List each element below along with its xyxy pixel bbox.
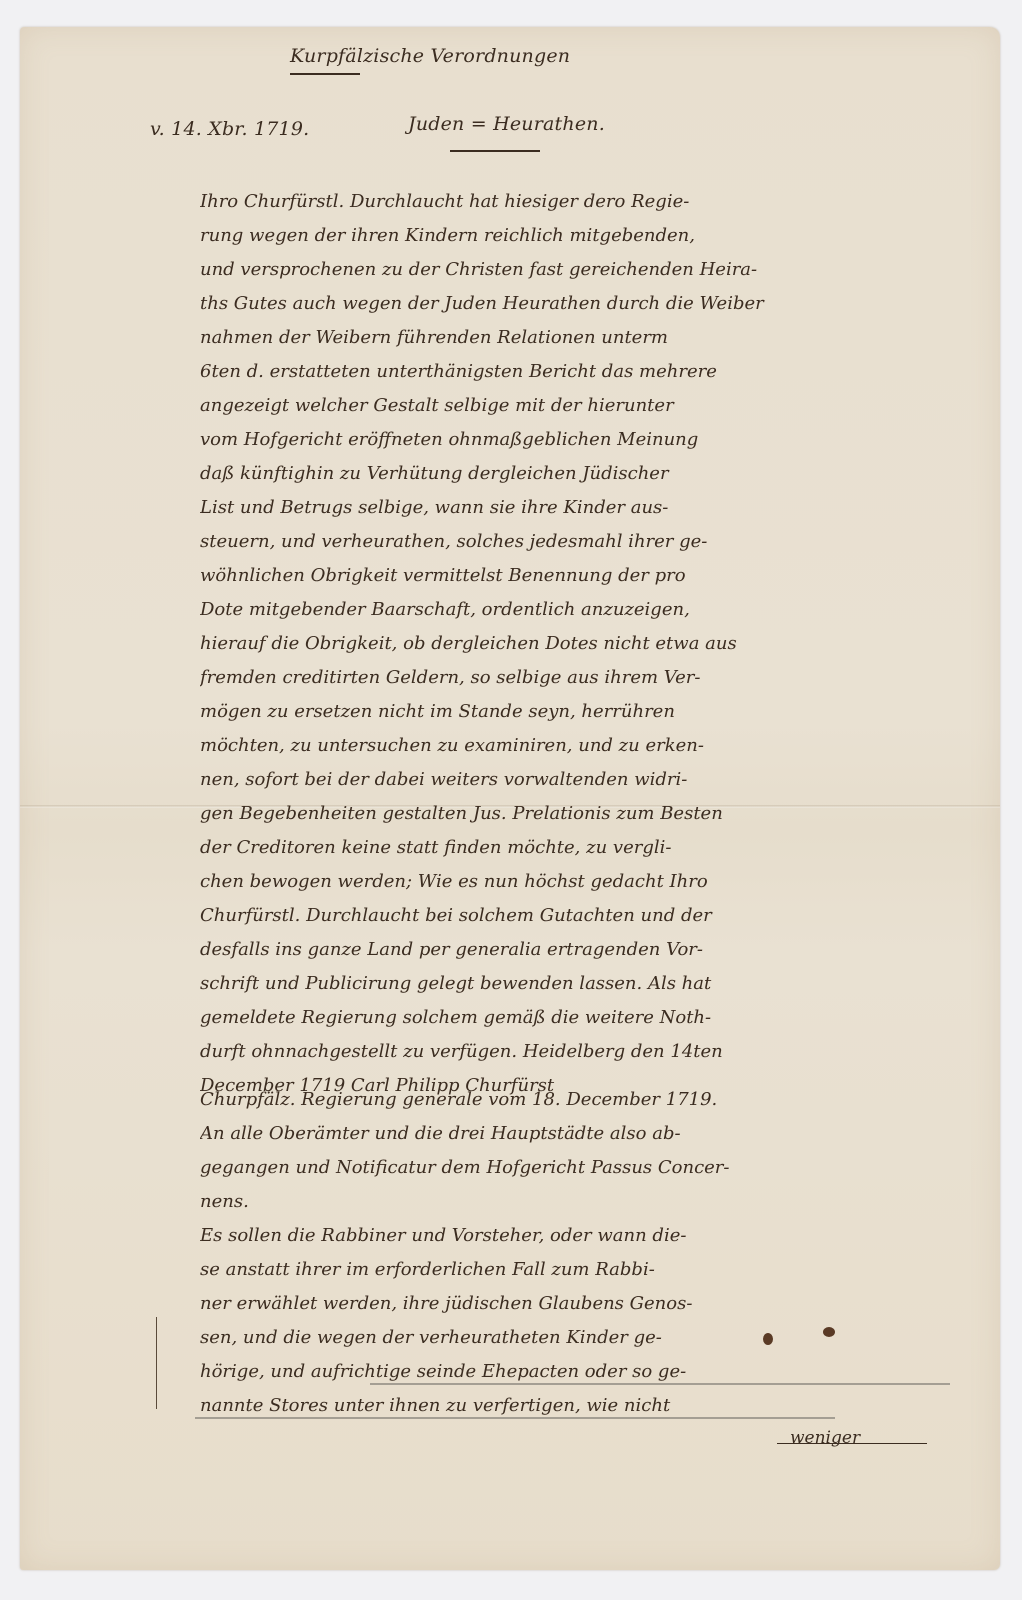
date-line: v. 14. Xbr. 1719. [150, 118, 309, 140]
text-line: se anstatt ihrer im erforderlichen Fall … [200, 1253, 960, 1287]
ink-stain [823, 1327, 835, 1337]
text-line: ner erwählet werden, ihre jüdischen Glau… [200, 1287, 960, 1321]
text-line: schrift und Publicirung gelegt bewenden … [200, 967, 960, 1001]
subject-underline [450, 150, 540, 152]
text-line: vom Hofgericht eröffneten ohnmaßgebliche… [200, 423, 960, 457]
text-line: rung wegen der ihren Kindern reichlich m… [200, 219, 960, 253]
text-line: gen Begebenheiten gestalten Jus. Prelati… [200, 797, 960, 831]
text-line: durft ohnnachgestellt zu verfügen. Heide… [200, 1035, 960, 1069]
text-line: und versprochenen zu der Christen fast g… [200, 253, 960, 287]
text-line: Churfürstl. Durchlaucht bei solchem Guta… [200, 899, 960, 933]
text-line: desfalls ins ganze Land per generalia er… [200, 933, 960, 967]
text-line: hierauf die Obrigkeit, ob dergleichen Do… [200, 627, 960, 661]
text-line: Es sollen die Rabbiner und Vorsteher, od… [200, 1219, 960, 1253]
text-line: mögen zu ersetzen nicht im Stande seyn, … [200, 695, 960, 729]
text-line: An alle Oberämter und die drei Hauptstäd… [200, 1117, 960, 1151]
document-heading: Kurpfälzische Verordnungen [290, 45, 570, 67]
text-line: ths Gutes auch wegen der Juden Heurathen… [200, 287, 960, 321]
text-line: Dote mitgebender Baarschaft, ordentlich … [200, 593, 960, 627]
main-text-block: Ihro Churfürstl. Durchlaucht hat hiesige… [200, 185, 960, 1103]
text-line: List und Betrugs selbige, wann sie ihre … [200, 491, 960, 525]
margin-mark-line [156, 1317, 157, 1409]
text-line: möchten, zu untersuchen zu examiniren, u… [200, 729, 960, 763]
text-line: gemeldete Regierung solchem gemäß die we… [200, 1001, 960, 1035]
text-line: fremden creditirten Geldern, so selbige … [200, 661, 960, 695]
text-line: daß künftighin zu Verhütung dergleichen … [200, 457, 960, 491]
heading-underline [290, 73, 360, 75]
document-subject: Juden = Heurathen. [408, 113, 605, 135]
text-line: nahmen der Weibern führenden Relationen … [200, 321, 960, 355]
text-line: der Creditoren keine statt finden möchte… [200, 831, 960, 865]
text-line: nens. [200, 1185, 960, 1219]
text-line: Ihro Churfürstl. Durchlaucht hat hiesige… [200, 185, 960, 219]
catchword-underline [777, 1443, 927, 1444]
text-line: wöhnlichen Obrigkeit vermittelst Benennu… [200, 559, 960, 593]
text-line: sen, und die wegen der verheuratheten Ki… [200, 1321, 960, 1355]
text-line: nen, sofort bei der dabei weiters vorwal… [200, 763, 960, 797]
second-section-block: Churpfälz. Regierung generale vom 18. De… [200, 1083, 960, 1423]
text-line: steuern, und verheurathen, solches jedes… [200, 525, 960, 559]
text-line: gegangen und Notificatur dem Hofgericht … [200, 1151, 960, 1185]
ink-stain [763, 1333, 773, 1345]
pencil-underline [370, 1383, 950, 1385]
text-line: 6ten d. erstatteten unterthänigsten Beri… [200, 355, 960, 389]
text-line: Churpfälz. Regierung generale vom 18. De… [200, 1083, 960, 1117]
text-line: chen bewogen werden; Wie es nun höchst g… [200, 865, 960, 899]
text-line: angezeigt welcher Gestalt selbige mit de… [200, 389, 960, 423]
catchword: weniger [790, 1428, 860, 1448]
pencil-underline [195, 1417, 835, 1419]
